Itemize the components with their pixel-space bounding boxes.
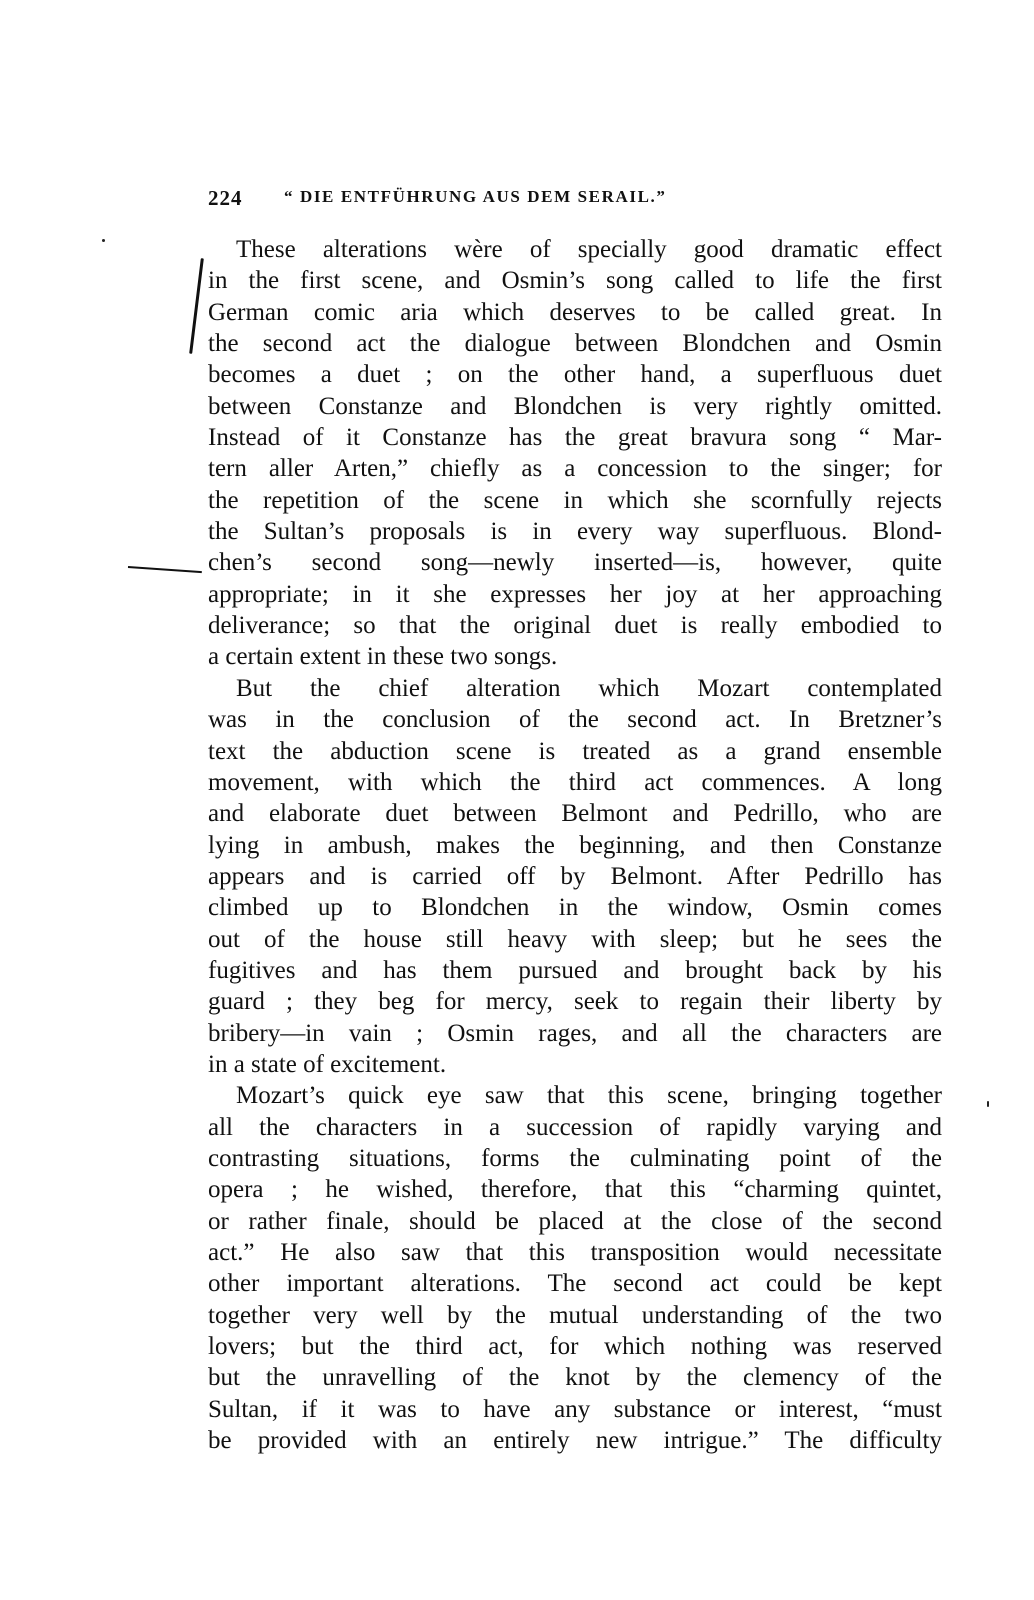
text-line: between Constanze and Blondchen is very … [208, 391, 942, 422]
text-line: fugitives and has them pursued and broug… [208, 955, 942, 986]
text-line: chen’s second song—newly inserted—is, ho… [208, 547, 942, 578]
text-line: Mozart’s quick eye saw that this scene, … [208, 1080, 942, 1111]
text-line: guard ; they beg for mercy, seek to rega… [208, 986, 942, 1017]
running-title: “ DIE ENTFÜHRUNG AUS DEM SERAIL.” [284, 187, 666, 207]
text-line: in the first scene, and Osmin’s song cal… [208, 265, 942, 296]
body-text: These alterations wère of specially good… [208, 234, 942, 1456]
text-line: was in the conclusion of the second act.… [208, 704, 942, 735]
paragraph-2: But the chief alteration which Mozart co… [208, 673, 942, 1080]
text-line: bribery—in vain ; Osmin rages, and all t… [208, 1018, 942, 1049]
text-line: all the characters in a succession of ra… [208, 1112, 942, 1143]
text-line: and elaborate duet between Belmont and P… [208, 798, 942, 829]
text-line: lovers; but the third act, for which not… [208, 1331, 942, 1362]
margin-pencil-mark-vertical [189, 258, 204, 354]
text-line: out of the house still heavy with sleep;… [208, 924, 942, 955]
text-line: Instead of it Constanze has the great br… [208, 422, 942, 453]
text-line: the second act the dialogue between Blon… [208, 328, 942, 359]
text-line: act.” He also saw that this transpositio… [208, 1237, 942, 1268]
text-line: movement, with which the third act comme… [208, 767, 942, 798]
text-line: together very well by the mutual underst… [208, 1300, 942, 1331]
text-line: be provided with an entirely new intrigu… [208, 1425, 942, 1456]
text-line: or rather finale, should be placed at th… [208, 1206, 942, 1237]
paragraph-3: Mozart’s quick eye saw that this scene, … [208, 1080, 942, 1456]
text-line: the repetition of the scene in which she… [208, 485, 942, 516]
text-line: German comic aria which deserves to be c… [208, 297, 942, 328]
paragraph-1: These alterations wère of specially good… [208, 234, 942, 673]
text-line: appropriate; in it she expresses her joy… [208, 579, 942, 610]
text-line: text the abduction scene is treated as a… [208, 736, 942, 767]
text-line: deliverance; so that the original duet i… [208, 610, 942, 641]
text-line: appears and is carried off by Belmont. A… [208, 861, 942, 892]
text-line: But the chief alteration which Mozart co… [208, 673, 942, 704]
text-line: the Sultan’s proposals is in every way s… [208, 516, 942, 547]
text-line: lying in ambush, makes the beginning, an… [208, 830, 942, 861]
text-line: climbed up to Blondchen in the window, O… [208, 892, 942, 923]
text-line: Sultan, if it was to have any substance … [208, 1394, 942, 1425]
text-line: becomes a duet ; on the other hand, a su… [208, 359, 942, 390]
text-line: but the unravelling of the knot by the c… [208, 1362, 942, 1393]
text-line: tern aller Arten,” chiefly as a concessi… [208, 453, 942, 484]
page-speck [102, 239, 105, 242]
page-speck [987, 1101, 989, 1107]
text-line: opera ; he wished, therefore, that this … [208, 1174, 942, 1205]
book-page: 224 “ DIE ENTFÜHRUNG AUS DEM SERAIL.” Th… [0, 0, 1034, 1600]
running-head: 224 “ DIE ENTFÜHRUNG AUS DEM SERAIL.” [208, 186, 948, 216]
page-number: 224 [208, 186, 243, 211]
margin-pencil-mark-horizontal [128, 566, 202, 573]
text-line: in a state of excitement. [208, 1049, 942, 1080]
text-line: a certain extent in these two songs. [208, 641, 942, 672]
text-line: These alterations wère of specially good… [208, 234, 942, 265]
text-line: other important alterations. The second … [208, 1268, 942, 1299]
text-line: contrasting situations, forms the culmin… [208, 1143, 942, 1174]
